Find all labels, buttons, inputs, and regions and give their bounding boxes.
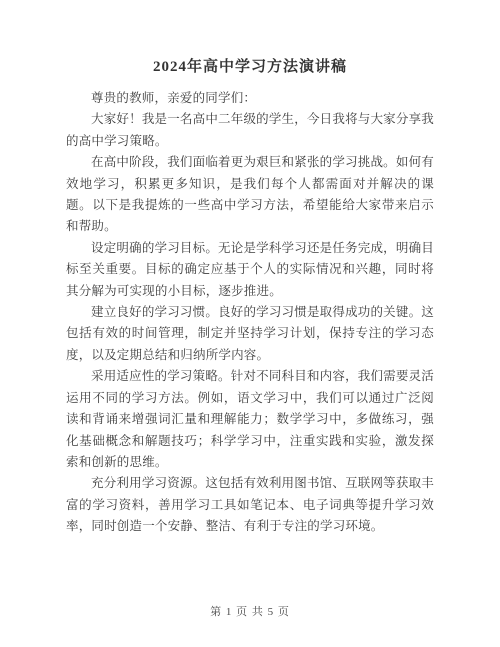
paragraph: 大家好！我是一名高中二年级的学生，今日我将与大家分享我的高中学习策略。	[66, 109, 434, 152]
page-number-footer: 第 1 页 共 5 页	[0, 603, 500, 619]
paragraph: 采用适应性的学习策略。针对不同科目和内容，我们需要灵活运用不同的学习方法。例如，…	[66, 366, 434, 473]
paragraph: 在高中阶段，我们面临着更为艰巨和紧张的学习挑战。如何有效地学习，积累更多知识，是…	[66, 152, 434, 238]
document-page: 2024年高中学习方法演讲稿 尊贵的教师，亲爱的同学们：大家好！我是一名高中二年…	[0, 0, 500, 647]
paragraph: 充分利用学习资源。这包括有效利用图书馆、互联网等获取丰富的学习资料，善用学习工具…	[66, 473, 434, 537]
document-title: 2024年高中学习方法演讲稿	[66, 57, 434, 77]
paragraph: 设定明确的学习目标。无论是学科学习还是任务完成，明确目标至关重要。目标的确定应基…	[66, 238, 434, 302]
paragraph: 建立良好的学习习惯。良好的学习习惯是取得成功的关键。这包括有效的时间管理，制定并…	[66, 302, 434, 366]
paragraph: 尊贵的教师，亲爱的同学们：	[66, 88, 434, 109]
document-body: 尊贵的教师，亲爱的同学们：大家好！我是一名高中二年级的学生，今日我将与大家分享我…	[66, 88, 434, 538]
